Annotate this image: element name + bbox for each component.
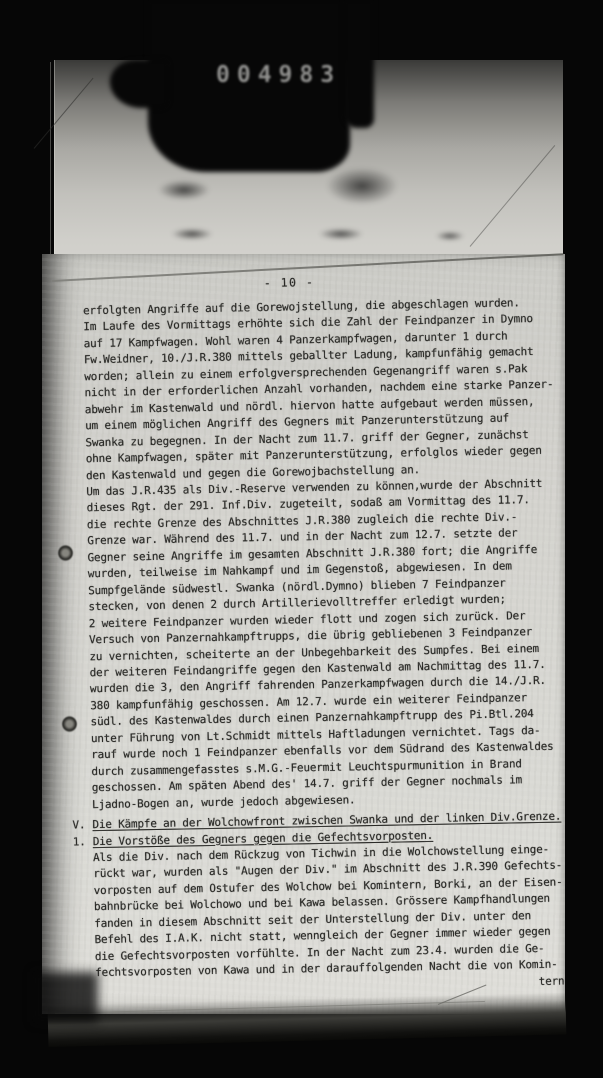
bottom-left-shadow xyxy=(34,972,98,1022)
scanned-document-photo: 004983 - 10 - erfolgten Angriffe auf die… xyxy=(0,0,603,1078)
paragraph-2: Als die Div. nach dem Rückzug von Tichwi… xyxy=(93,841,578,981)
typed-text-block: - 10 - erfolgten Angriffe auf die Gorewo… xyxy=(42,244,579,998)
binding-shadow-tab xyxy=(344,0,374,128)
ink-smudge xyxy=(163,226,221,242)
frame-counter-stamp: 004983 xyxy=(216,62,341,88)
paragraph-1: erfolgten Angriffe auf die Gorewojstellu… xyxy=(83,294,575,813)
document-page: - 10 - erfolgten Angriffe auf die Gorewo… xyxy=(42,254,565,1014)
ink-smudge xyxy=(148,176,220,204)
punch-hole xyxy=(58,545,73,561)
heading-number: V. xyxy=(72,817,92,834)
punch-hole xyxy=(62,716,77,732)
ink-smudge xyxy=(310,226,372,242)
heading-number: 1. xyxy=(73,834,93,851)
ink-smudge xyxy=(430,230,470,242)
sheet-edge-line xyxy=(50,62,51,284)
ink-smudge xyxy=(312,160,412,212)
